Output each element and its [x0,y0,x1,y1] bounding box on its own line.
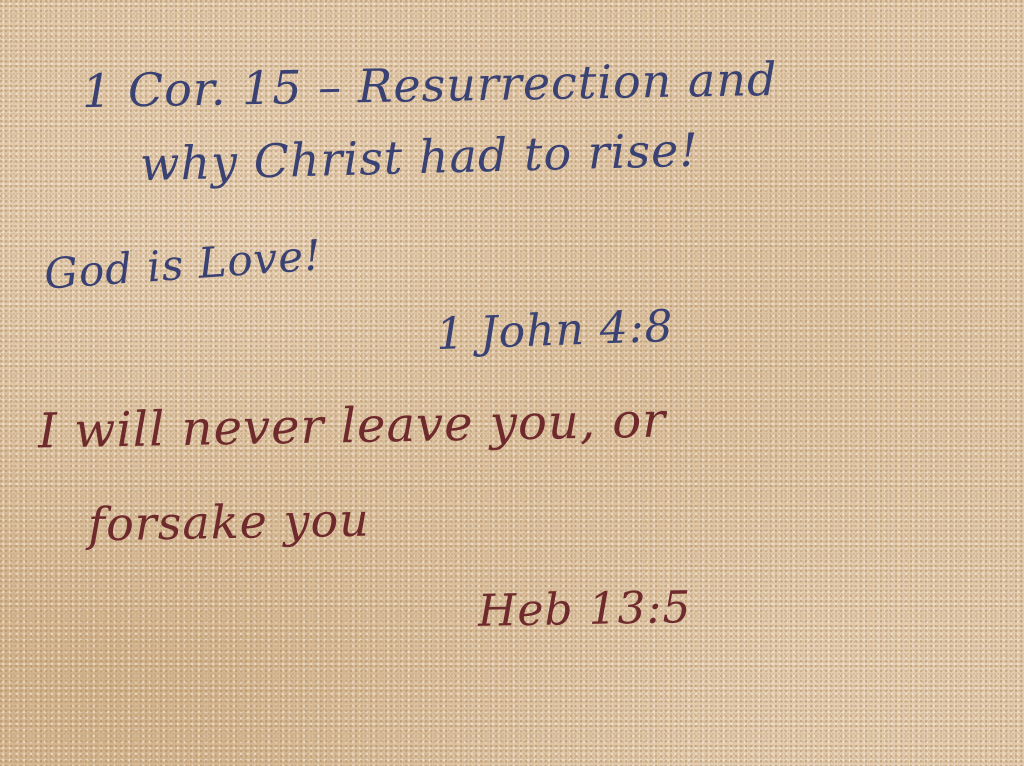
note-line-god-is-love: God is Love! [43,230,324,298]
note-line-scripture-reference-1cor15: 1 Cor. 15 – Resurrection and [82,52,778,118]
handwritten-note: 1 Cor. 15 – Resurrection and why Christ … [0,0,1024,766]
note-line-never-leave-you: I will never leave you, or [38,393,667,460]
note-line-why-christ-rose: why Christ had to rise! [139,123,699,192]
note-line-forsake-you: forsake you [88,493,371,552]
note-line-scripture-reference-1john: 1 John 4:8 [435,301,674,360]
note-line-scripture-reference-heb: Heb 13:5 [478,582,692,637]
